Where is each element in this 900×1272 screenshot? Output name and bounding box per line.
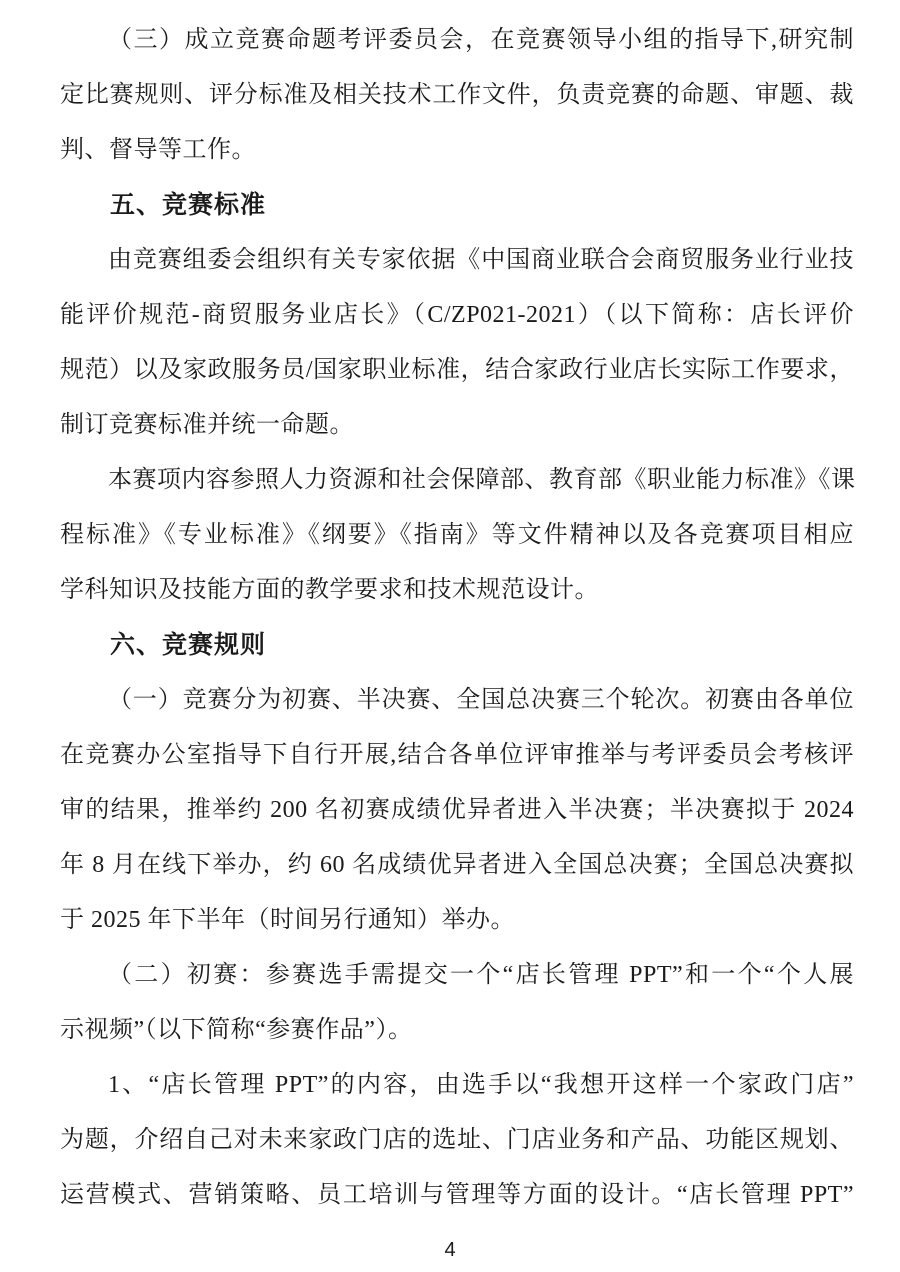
text-line: 制订竞赛标准并统一命题。 [60,398,854,453]
page: （三）成立竞赛命题考评委员会，在竞赛领导小组的指导下,研究制定比赛规则、评分标准… [0,0,900,1272]
text-line: 由竞赛组委会组织有关专家依据《中国商业联合会商贸服务业行业技 [60,233,854,288]
text-line: （三）成立竞赛命题考评委员会，在竞赛领导小组的指导下,研究制 [60,13,854,68]
text-line: 1、“店长管理 PPT”的内容，由选手以“我想开这样一个家政门店” [60,1058,854,1113]
document-body: （三）成立竞赛命题考评委员会，在竞赛领导小组的指导下,研究制定比赛规则、评分标准… [0,0,900,1223]
text-line: （一）竞赛分为初赛、半决赛、全国总决赛三个轮次。初赛由各单位 [60,673,854,728]
paragraph: 由竞赛组委会组织有关专家依据《中国商业联合会商贸服务业行业技能评价规范-商贸服务… [60,233,854,453]
text-line: 学科知识及技能方面的教学要求和技术规范设计。 [60,563,854,618]
paragraph: （三）成立竞赛命题考评委员会，在竞赛领导小组的指导下,研究制定比赛规则、评分标准… [60,13,854,178]
paragraph: 1、“店长管理 PPT”的内容，由选手以“我想开这样一个家政门店”为题，介绍自己… [60,1058,854,1223]
text-line: （二）初赛：参赛选手需提交一个“店长管理 PPT”和一个“个人展 [60,948,854,1003]
text-line: 审的结果，推举约 200 名初赛成绩优异者进入半决赛；半决赛拟于 2024 [60,783,854,838]
text-line: 规范）以及家政服务员/国家职业标准，结合家政行业店长实际工作要求， [60,343,854,398]
text-line: 定比赛规则、评分标准及相关技术工作文件，负责竞赛的命题、审题、裁 [60,68,854,123]
section-heading: 五、竞赛标准 [60,178,854,233]
text-line: 于 2025 年下半年（时间另行通知）举办。 [60,893,854,948]
section-heading: 六、竞赛规则 [60,618,854,673]
text-line: 运营模式、营销策略、员工培训与管理等方面的设计。“店长管理 PPT” [60,1168,854,1223]
text-line: 示视频”（以下简称“参赛作品”）。 [60,1003,854,1058]
text-line: 本赛项内容参照人力资源和社会保障部、教育部《职业能力标准》《课 [60,453,854,508]
text-line: 能评价规范-商贸服务业店长》（C/ZP021-2021）（以下简称：店长评价 [60,288,854,343]
paragraph: （二）初赛：参赛选手需提交一个“店长管理 PPT”和一个“个人展示视频”（以下简… [60,948,854,1058]
text-line: 为题，介绍自己对未来家政门店的选址、门店业务和产品、功能区规划、 [60,1113,854,1168]
page-number: 4 [444,1239,455,1261]
page-footer: 4 [0,1239,900,1262]
text-line: 判、督导等工作。 [60,123,854,178]
paragraph: 本赛项内容参照人力资源和社会保障部、教育部《职业能力标准》《课程标准》《专业标准… [60,453,854,618]
text-line: 程标准》《专业标准》《纲要》《指南》等文件精神以及各竞赛项目相应 [60,508,854,563]
text-line: 在竞赛办公室指导下自行开展,结合各单位评审推举与考评委员会考核评 [60,728,854,783]
text-line: 年 8 月在线下举办，约 60 名成绩优异者进入全国总决赛；全国总决赛拟 [60,838,854,893]
document-page: { "page": { "number": "4" }, "document":… [0,0,900,1272]
paragraph: （一）竞赛分为初赛、半决赛、全国总决赛三个轮次。初赛由各单位在竞赛办公室指导下自… [60,673,854,948]
